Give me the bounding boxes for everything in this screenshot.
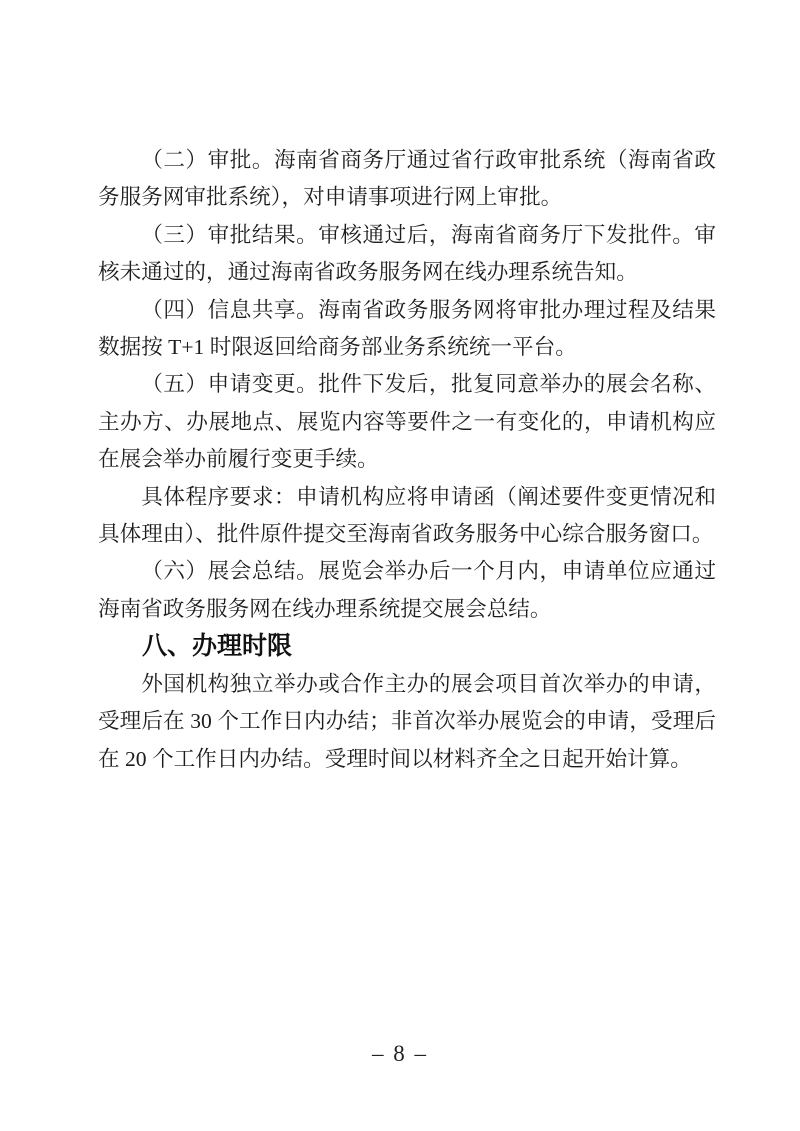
paragraph-item2-approval: （二）审批。海南省商务厅通过省行政审批系统（海南省政务服务网审批系统），对申请事… [98, 142, 716, 217]
paragraph-item3-approval-result: （三）审批结果。审核通过后，海南省商务厅下发批件。审核未通过的，通过海南省政务服… [98, 217, 716, 292]
paragraph-procedure-requirements: 具体程序要求：申请机构应将申请函（阐述要件变更情况和具体理由）、批件原件提交至海… [98, 479, 716, 554]
paragraph-item5-change-request: （五）申请变更。批件下发后，批复同意举办的展会名称、主办方、办展地点、展览内容等… [98, 366, 716, 478]
section-heading-processing-time-limit: 八、办理时限 [98, 628, 716, 665]
paragraph-time-limit-details: 外国机构独立举办或合作主办的展会项目首次举办的申请，受理后在 30 个工作日内办… [98, 666, 716, 778]
document-page: （二）审批。海南省商务厅通过省行政审批系统（海南省政务服务网审批系统），对申请事… [0, 0, 800, 1131]
paragraph-item4-info-sharing: （四）信息共享。海南省政务服务网将审批办理过程及结果数据按 T+1 时限返回给商… [98, 292, 716, 367]
document-body: （二）审批。海南省商务厅通过省行政审批系统（海南省政务服务网审批系统），对申请事… [98, 142, 716, 778]
page-footer: – 8 – [0, 1041, 800, 1067]
paragraph-item6-exhibition-summary: （六）展会总结。展览会举办后一个月内，申请单位应通过海南省政务服务网在线办理系统… [98, 553, 716, 628]
page-number: – 8 – [372, 1041, 428, 1066]
